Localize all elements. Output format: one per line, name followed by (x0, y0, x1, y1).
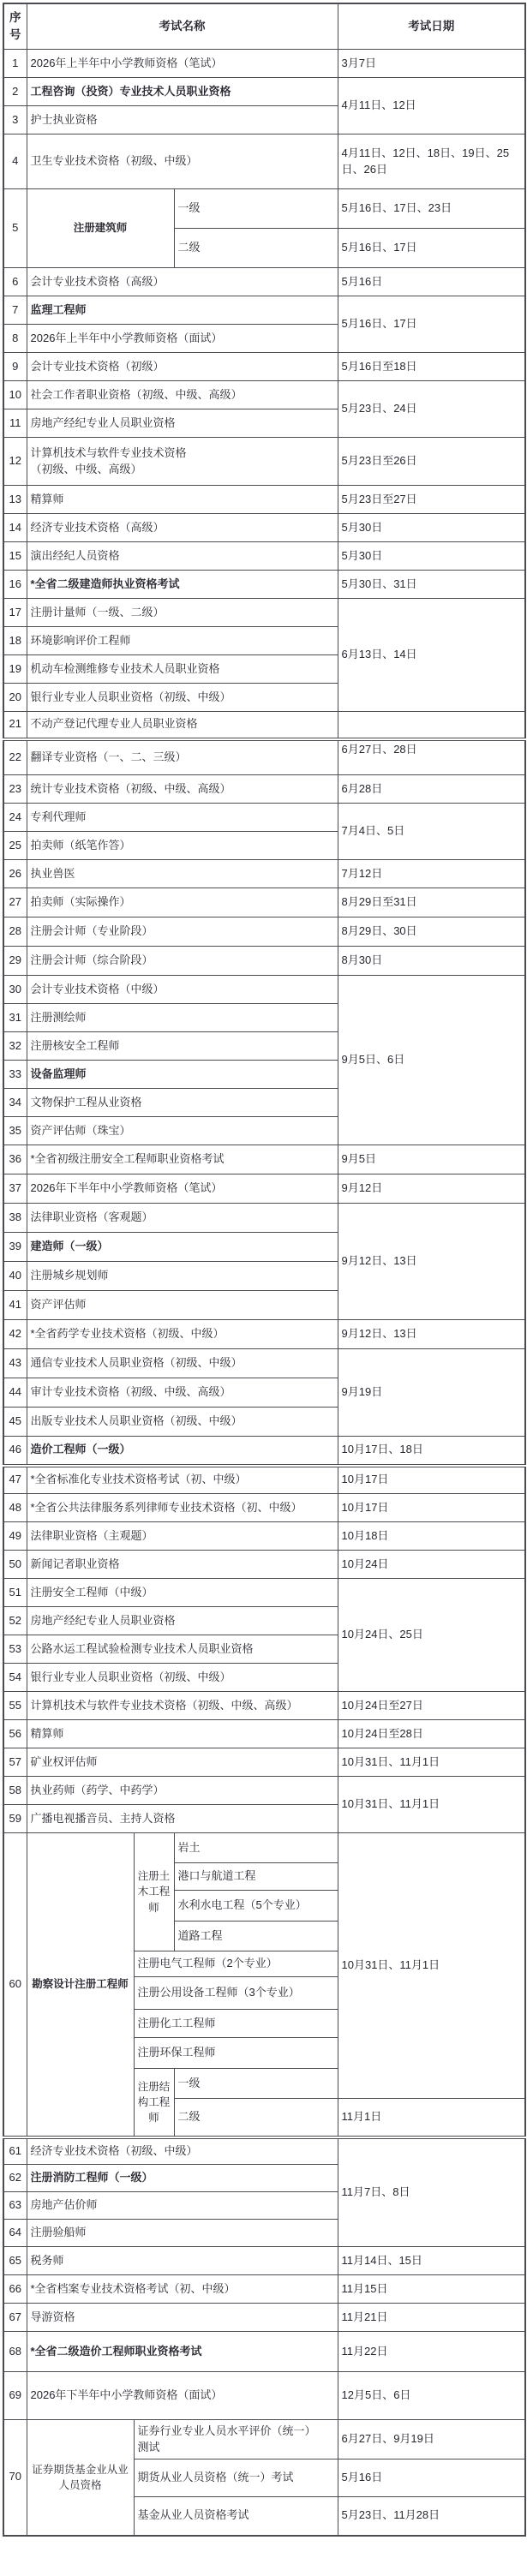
exam-level-cell: 期货从业人员资格（统一）考试 (134, 2459, 338, 2497)
row-number-cell: 17 (3, 599, 27, 627)
exam-name-cell: 演出经纪人员资格 (27, 542, 338, 571)
exam-level-cell: 基金从业人员资格考试 (134, 2497, 338, 2536)
row-number-cell: 66 (3, 2275, 27, 2304)
row-number-cell: 51 (3, 1579, 27, 1607)
exam-name-cell: *全省二级建造师执业资格考试 (27, 571, 338, 599)
table-row: 12026年上半年中小学教师资格（笔试）3月7日 (3, 50, 525, 78)
row-number-cell: 50 (3, 1551, 27, 1579)
table-row: 38法律职业资格（客观题）9月12日、13日 (3, 1204, 525, 1233)
group-label-cell: 注册建筑师 (27, 189, 174, 268)
table-row: 36*全省初级注册安全工程师职业资格考试9月5日 (3, 1145, 525, 1174)
row-number-cell: 23 (3, 775, 27, 804)
exam-level-cell: 注册化工工程师 (134, 2010, 338, 2038)
row-number-cell: 55 (3, 1692, 27, 1720)
exam-name-cell: 矿业权评估师 (27, 1748, 338, 1777)
row-number-cell: 13 (3, 486, 27, 514)
row-number-cell: 60 (3, 1833, 27, 2137)
table-row: 5注册建筑师一级5月16日、17日、23日 (3, 189, 525, 229)
exam-level-cell: 二级 (174, 2099, 338, 2137)
row-number-cell: 32 (3, 1032, 27, 1061)
table-row: 24专利代理师7月4日、5日 (3, 804, 525, 832)
exam-name-cell: 机动车检测维修专业技术人员职业资格 (27, 655, 338, 684)
table-row: 10社会工作者职业资格（初级、中级、高级）5月23日、24日 (3, 381, 525, 409)
exam-name-cell: 建造师（一级） (27, 1233, 338, 1262)
exam-name-cell: *全省公共法律服务系列律师专业技术资格（初、中级） (27, 1494, 338, 1522)
exam-name-cell: 会计专业技术资格（中级） (27, 976, 338, 1004)
exam-date-cell: 5月23日、24日 (338, 381, 525, 438)
row-number-cell: 24 (3, 804, 27, 832)
row-number-cell: 5 (3, 189, 27, 268)
exam-name-cell: 注册安全工程师（中级） (27, 1579, 338, 1607)
exam-date-cell: 11月7日、8日 (338, 2137, 525, 2247)
exam-name-cell: 通信专业技术人员职业资格（初级、中级） (27, 1349, 338, 1378)
exam-date-cell: 9月12日、13日 (338, 1320, 525, 1349)
exam-date-cell: 10月31日、11月1日 (338, 1748, 525, 1777)
exam-level-cell: 一级 (174, 2069, 338, 2099)
exam-name-cell: 计算机技术与软件专业技术资格（初级、中级、高级） (27, 1692, 338, 1720)
exam-name-cell: 社会工作者职业资格（初级、中级、高级） (27, 381, 338, 409)
row-number-cell: 8 (3, 325, 27, 353)
table-row: 21不动产登记代理专业人员职业资格 (3, 712, 525, 739)
exam-name-cell: 精算师 (27, 486, 338, 514)
exam-name-cell: 文物保护工程从业资格 (27, 1089, 338, 1117)
table-row: 42*全省药学专业技术资格（初级、中级）9月12日、13日 (3, 1320, 525, 1349)
exam-date-cell: 8月29日至31日 (338, 888, 525, 917)
exam-name-cell: 出版专业技术人员职业资格（初级、中级） (27, 1408, 338, 1437)
exam-date-cell: 10月24日至28日 (338, 1720, 525, 1748)
exam-date-cell: 7月4日、5日 (338, 804, 525, 860)
row-number-cell: 58 (3, 1777, 27, 1805)
row-number-cell: 6 (3, 268, 27, 296)
exam-name-cell: 翻译专业资格（一、二、三级） (27, 739, 338, 775)
row-number-cell: 39 (3, 1233, 27, 1262)
exam-date-cell: 11月14日、15日 (338, 2247, 525, 2275)
table-row: 16*全省二级建造师执业资格考试5月30日、31日 (3, 571, 525, 599)
row-number-cell: 61 (3, 2137, 27, 2165)
exam-level-cell: 一级 (174, 189, 338, 229)
exam-name-cell: 银行业专业人员职业资格（初级、中级） (27, 1664, 338, 1692)
row-number-cell: 21 (3, 712, 27, 739)
exam-date-cell: 5月23日至27日 (338, 486, 525, 514)
exam-date-cell: 5月16日、17日 (338, 296, 525, 353)
exam-level-cell: 岩土 (174, 1833, 338, 1863)
exam-date-cell: 12月5日、6日 (338, 2372, 525, 2420)
exam-date-cell: 10月17日 (338, 1466, 525, 1494)
table-row: 47*全省标准化专业技术资格考试（初、中级）10月17日 (3, 1466, 525, 1494)
exam-name-cell: 不动产登记代理专业人员职业资格 (27, 712, 338, 739)
exam-date-cell: 9月5日、6日 (338, 976, 525, 1145)
exam-name-cell: *全省初级注册安全工程师职业资格考试 (27, 1145, 338, 1174)
row-number-cell: 26 (3, 860, 27, 888)
row-number-cell: 30 (3, 976, 27, 1004)
exam-date-cell: 9月5日 (338, 1145, 525, 1174)
structural-engineer-label-cell: 注册结构工程师 (134, 2069, 174, 2137)
exam-name-cell: 环境影响评价工程师 (27, 627, 338, 655)
exam-name-cell: 资产评估师 (27, 1291, 338, 1320)
exam-name-cell: 广播电视播音员、主持人资格 (27, 1805, 338, 1833)
table-row: 49法律职业资格（主观题）10月18日 (3, 1522, 525, 1551)
row-number-cell: 40 (3, 1262, 27, 1291)
exam-date-cell: 9月12日 (338, 1174, 525, 1204)
row-number-cell: 52 (3, 1607, 27, 1635)
row-number-cell: 65 (3, 2247, 27, 2275)
exam-level-cell: 港口与航道工程 (174, 1863, 338, 1891)
header-col-date: 考试日期 (338, 3, 525, 50)
row-number-cell: 18 (3, 627, 27, 655)
exam-date-cell: 11月21日 (338, 2304, 525, 2332)
row-number-cell: 41 (3, 1291, 27, 1320)
exam-date-cell: 5月30日、31日 (338, 571, 525, 599)
exam-date-cell: 5月30日 (338, 542, 525, 571)
exam-date-cell: 10月18日 (338, 1522, 525, 1551)
table-row: 29注册会计师（综合阶段）8月30日 (3, 947, 525, 976)
exam-date-cell: 3月7日 (338, 50, 525, 78)
group-label-cell: 证券期货基金业从业人员资格 (27, 2420, 134, 2536)
exam-name-cell: 新闻记者职业资格 (27, 1551, 338, 1579)
exam-date-cell: 5月16日 (338, 268, 525, 296)
row-number-cell: 44 (3, 1378, 27, 1408)
exam-name-cell: 拍卖师（实际操作） (27, 888, 338, 917)
row-number-cell: 67 (3, 2304, 27, 2332)
table-row: 66*全省档案专业技术资格考试（初、中级）11月15日 (3, 2275, 525, 2304)
row-number-cell: 14 (3, 514, 27, 542)
exam-name-cell: 2026年上半年中小学教师资格（笔试） (27, 50, 338, 78)
exam-name-cell: 2026年下半年中小学教师资格（笔试） (27, 1174, 338, 1204)
exam-name-cell: 注册核安全工程师 (27, 1032, 338, 1061)
exam-name-cell: 监理工程师 (27, 296, 338, 325)
row-number-cell: 31 (3, 1004, 27, 1032)
row-number-cell: 62 (3, 2165, 27, 2192)
row-number-cell: 2 (3, 78, 27, 106)
table-row: 14经济专业技术资格（高级）5月30日 (3, 514, 525, 542)
row-number-cell: 34 (3, 1089, 27, 1117)
civil-engineer-label-cell: 注册土木工程师 (134, 1833, 174, 1951)
exam-name-cell: 2026年上半年中小学教师资格（面试） (27, 325, 338, 353)
exam-name-cell: 注册计量师（一级、二级） (27, 599, 338, 627)
exam-date-cell: 11月1日 (338, 2099, 525, 2137)
exam-date-cell: 10月24日 (338, 1551, 525, 1579)
exam-name-cell: 造价工程师（一级） (27, 1437, 338, 1466)
exam-name-cell: 2026年下半年中小学教师资格（面试） (27, 2372, 338, 2420)
exam-name-cell: 房地产经纪专业人员职业资格 (27, 409, 338, 438)
exam-date-cell: 11月22日 (338, 2332, 525, 2372)
row-number-cell: 12 (3, 438, 27, 486)
exam-name-cell: *全省药学专业技术资格（初级、中级） (27, 1320, 338, 1349)
row-number-cell: 37 (3, 1174, 27, 1204)
table-row: 4卫生专业技术资格（初级、中级）4月11日、12日、18日、19日、25日、26… (3, 134, 525, 189)
exam-name-cell: 注册验船师 (27, 2220, 338, 2247)
table-row: 56精算师10月24日至28日 (3, 1720, 525, 1748)
exam-name-cell: 导游资格 (27, 2304, 338, 2332)
table-row: 30会计专业技术资格（中级）9月5日、6日 (3, 976, 525, 1004)
row-number-cell: 46 (3, 1437, 27, 1466)
exam-date-cell: 8月29日、30日 (338, 917, 525, 947)
exam-name-cell: 注册消防工程师（一级） (27, 2165, 338, 2192)
table-row: 51注册安全工程师（中级）10月24日、25日 (3, 1579, 525, 1607)
exam-name-cell: *全省标准化专业技术资格考试（初、中级） (27, 1466, 338, 1494)
table-row: 70证券期货基金业从业人员资格证券行业专业人员水平评价（统一） 测试6月27日、… (3, 2420, 525, 2459)
exam-date-cell: 9月19日 (338, 1349, 525, 1437)
header-col-num: 序号 (3, 3, 27, 50)
exam-date-cell: 5月30日 (338, 514, 525, 542)
exam-name-cell: 房地产经纪专业人员职业资格 (27, 1607, 338, 1635)
row-number-cell: 20 (3, 684, 27, 712)
exam-name-cell: 公路水运工程试验检测专业技术人员职业资格 (27, 1635, 338, 1664)
row-number-cell: 15 (3, 542, 27, 571)
exam-date-cell: 5月23日、11月28日 (338, 2497, 525, 2536)
exam-level-cell: 注册公用设备工程师（3个专业） (134, 1977, 338, 2010)
exam-date-cell: 4月11日、12日、18日、19日、25日、26日 (338, 134, 525, 189)
exam-name-cell: 资产评估师（珠宝） (27, 1117, 338, 1145)
exam-name-cell: 设备监理师 (27, 1061, 338, 1089)
table-row: 60勘察设计注册工程师注册土木工程师岩土10月31日、11月1日 (3, 1833, 525, 1863)
exam-name-cell: 统计专业技术资格（初级、中级、高级） (27, 775, 338, 804)
table-row: 22翻译专业资格（一、二、三级）6月27日、28日 (3, 739, 525, 775)
exam-schedule-table: 序号 考试名称 考试日期 12026年上半年中小学教师资格（笔试）3月7日2工程… (3, 3, 526, 2537)
header-row: 序号 考试名称 考试日期 (3, 3, 525, 50)
exam-name-cell: 会计专业技术资格（初级） (27, 353, 338, 381)
row-number-cell: 7 (3, 296, 27, 325)
table-row: 28注册会计师（专业阶段）8月29日、30日 (3, 917, 525, 947)
exam-name-cell: 经济专业技术资格（高级） (27, 514, 338, 542)
row-number-cell: 43 (3, 1349, 27, 1378)
exam-date-cell: 11月15日 (338, 2275, 525, 2304)
row-number-cell: 64 (3, 2220, 27, 2247)
exam-name-cell: 注册城乡规划师 (27, 1262, 338, 1291)
row-number-cell: 35 (3, 1117, 27, 1145)
table-row: 6会计专业技术资格（高级）5月16日 (3, 268, 525, 296)
exam-name-cell: 注册会计师（综合阶段） (27, 947, 338, 976)
exam-level-cell: 注册电气工程师（2个专业） (134, 1951, 338, 1977)
exam-level-cell: 注册环保工程师 (134, 2038, 338, 2069)
exam-date-cell: 7月12日 (338, 860, 525, 888)
exam-table-body: 12026年上半年中小学教师资格（笔试）3月7日2工程咨询（投资）专业技术人员职… (3, 50, 525, 2536)
exam-name-cell: 经济专业技术资格（初级、中级） (27, 2137, 338, 2165)
exam-name-cell: 执业兽医 (27, 860, 338, 888)
exam-date-cell: 10月31日、11月1日 (338, 1833, 525, 2099)
exam-date-cell: 5月16日、17日、23日 (338, 189, 525, 229)
row-number-cell: 9 (3, 353, 27, 381)
row-number-cell: 36 (3, 1145, 27, 1174)
row-number-cell: 25 (3, 832, 27, 860)
exam-date-cell: 6月27日、28日 (338, 739, 525, 775)
row-number-cell: 56 (3, 1720, 27, 1748)
exam-name-cell: 执业药师（药学、中药学） (27, 1777, 338, 1805)
table-row: 57矿业权评估师10月31日、11月1日 (3, 1748, 525, 1777)
table-row: 50新闻记者职业资格10月24日 (3, 1551, 525, 1579)
exam-date-cell: 9月12日、13日 (338, 1204, 525, 1320)
exam-date-cell: 6月28日 (338, 775, 525, 804)
table-row: 68*全省二级造价工程师职业资格考试11月22日 (3, 2332, 525, 2372)
exam-date-cell: 10月17日、18日 (338, 1437, 525, 1466)
row-number-cell: 22 (3, 739, 27, 775)
exam-name-cell: 房地产估价师 (27, 2192, 338, 2220)
exam-date-cell: 5月16日 (338, 2459, 525, 2497)
exam-date-cell: 8月30日 (338, 947, 525, 976)
table-row: 65税务师11月14日、15日 (3, 2247, 525, 2275)
row-number-cell: 53 (3, 1635, 27, 1664)
row-number-cell: 48 (3, 1494, 27, 1522)
row-number-cell: 4 (3, 134, 27, 189)
exam-name-cell: 审计专业技术资格（初级、中级、高级） (27, 1378, 338, 1408)
exam-date-cell: 6月27日、9月19日 (338, 2420, 525, 2459)
table-row: 43通信专业技术人员职业资格（初级、中级）9月19日 (3, 1349, 525, 1378)
exam-name-cell: 会计专业技术资格（高级） (27, 268, 338, 296)
exam-name-cell: 拍卖师（纸笔作答） (27, 832, 338, 860)
exam-name-cell: 法律职业资格（主观题） (27, 1522, 338, 1551)
table-header: 序号 考试名称 考试日期 (3, 3, 525, 50)
table-row: 9会计专业技术资格（初级）5月16日至18日 (3, 353, 525, 381)
table-row: 58执业药师（药学、中药学）10月31日、11月1日 (3, 1777, 525, 1805)
exam-name-cell: 税务师 (27, 2247, 338, 2275)
row-number-cell: 19 (3, 655, 27, 684)
row-number-cell: 45 (3, 1408, 27, 1437)
row-number-cell: 47 (3, 1466, 27, 1494)
row-number-cell: 33 (3, 1061, 27, 1089)
exam-level-cell: 证券行业专业人员水平评价（统一） 测试 (134, 2420, 338, 2459)
exam-date-cell: 10月24日至27日 (338, 1692, 525, 1720)
row-number-cell: 63 (3, 2192, 27, 2220)
exam-date-cell: 10月17日 (338, 1494, 525, 1522)
exam-level-cell: 二级 (174, 229, 338, 268)
exam-name-cell: 计算机技术与软件专业技术资格 （初级、中级、高级） (27, 438, 338, 486)
row-number-cell: 10 (3, 381, 27, 409)
table-row: 2工程咨询（投资）专业技术人员职业资格4月11日、12日 (3, 78, 525, 106)
exam-name-cell: 专利代理师 (27, 804, 338, 832)
exam-name-cell: 注册测绘师 (27, 1004, 338, 1032)
row-number-cell: 59 (3, 1805, 27, 1833)
row-number-cell: 42 (3, 1320, 27, 1349)
document-page: 序号 考试名称 考试日期 12026年上半年中小学教师资格（笔试）3月7日2工程… (0, 3, 527, 2537)
table-row: 15演出经纪人员资格5月30日 (3, 542, 525, 571)
exam-name-cell: 法律职业资格（客观题） (27, 1204, 338, 1233)
table-row: 27拍卖师（实际操作）8月29日至31日 (3, 888, 525, 917)
exam-name-cell: 银行业专业人员职业资格（初级、中级） (27, 684, 338, 712)
exam-name-cell: 精算师 (27, 1720, 338, 1748)
row-number-cell: 11 (3, 409, 27, 438)
table-row: 17注册计量师（一级、二级）6月13日、14日 (3, 599, 525, 627)
table-row: 692026年下半年中小学教师资格（面试）12月5日、6日 (3, 2372, 525, 2420)
row-number-cell: 1 (3, 50, 27, 78)
row-number-cell: 3 (3, 106, 27, 134)
table-row: 48*全省公共法律服务系列律师专业技术资格（初、中级）10月17日 (3, 1494, 525, 1522)
exam-name-cell: *全省二级造价工程师职业资格考试 (27, 2332, 338, 2372)
exam-level-cell: 水利水电工程（5个专业） (174, 1891, 338, 1922)
table-row: 55计算机技术与软件专业技术资格（初级、中级、高级）10月24日至27日 (3, 1692, 525, 1720)
row-number-cell: 57 (3, 1748, 27, 1777)
exam-date-cell: 4月11日、12日 (338, 78, 525, 134)
exam-date-cell: 5月16日至18日 (338, 353, 525, 381)
exam-date-cell (338, 712, 525, 739)
group-label-cell: 勘察设计注册工程师 (27, 1833, 134, 2137)
exam-name-cell: 注册会计师（专业阶段） (27, 917, 338, 947)
exam-date-cell: 10月31日、11月1日 (338, 1777, 525, 1833)
table-row: 26执业兽医7月12日 (3, 860, 525, 888)
header-col-name: 考试名称 (27, 3, 338, 50)
exam-name-cell: 工程咨询（投资）专业技术人员职业资格 (27, 78, 338, 106)
row-number-cell: 38 (3, 1204, 27, 1233)
row-number-cell: 49 (3, 1522, 27, 1551)
row-number-cell: 54 (3, 1664, 27, 1692)
row-number-cell: 68 (3, 2332, 27, 2372)
table-row: 7监理工程师5月16日、17日 (3, 296, 525, 325)
exam-date-cell: 6月13日、14日 (338, 599, 525, 712)
exam-name-cell: *全省档案专业技术资格考试（初、中级） (27, 2275, 338, 2304)
exam-date-cell: 10月24日、25日 (338, 1579, 525, 1692)
table-row: 23统计专业技术资格（初级、中级、高级）6月28日 (3, 775, 525, 804)
exam-date-cell: 5月16日、17日 (338, 229, 525, 268)
exam-name-cell: 护士执业资格 (27, 106, 338, 134)
row-number-cell: 27 (3, 888, 27, 917)
row-number-cell: 70 (3, 2420, 27, 2536)
table-row: 13精算师5月23日至27日 (3, 486, 525, 514)
table-row: 67导游资格11月21日 (3, 2304, 525, 2332)
table-row: 61经济专业技术资格（初级、中级）11月7日、8日 (3, 2137, 525, 2165)
table-row: 372026年下半年中小学教师资格（笔试）9月12日 (3, 1174, 525, 1204)
row-number-cell: 16 (3, 571, 27, 599)
row-number-cell: 69 (3, 2372, 27, 2420)
table-row: 12计算机技术与软件专业技术资格 （初级、中级、高级）5月23日至26日 (3, 438, 525, 486)
row-number-cell: 28 (3, 917, 27, 947)
exam-date-cell: 5月23日至26日 (338, 438, 525, 486)
exam-level-cell: 道路工程 (174, 1922, 338, 1951)
exam-name-cell: 卫生专业技术资格（初级、中级） (27, 134, 338, 189)
table-row: 46造价工程师（一级）10月17日、18日 (3, 1437, 525, 1466)
row-number-cell: 29 (3, 947, 27, 976)
